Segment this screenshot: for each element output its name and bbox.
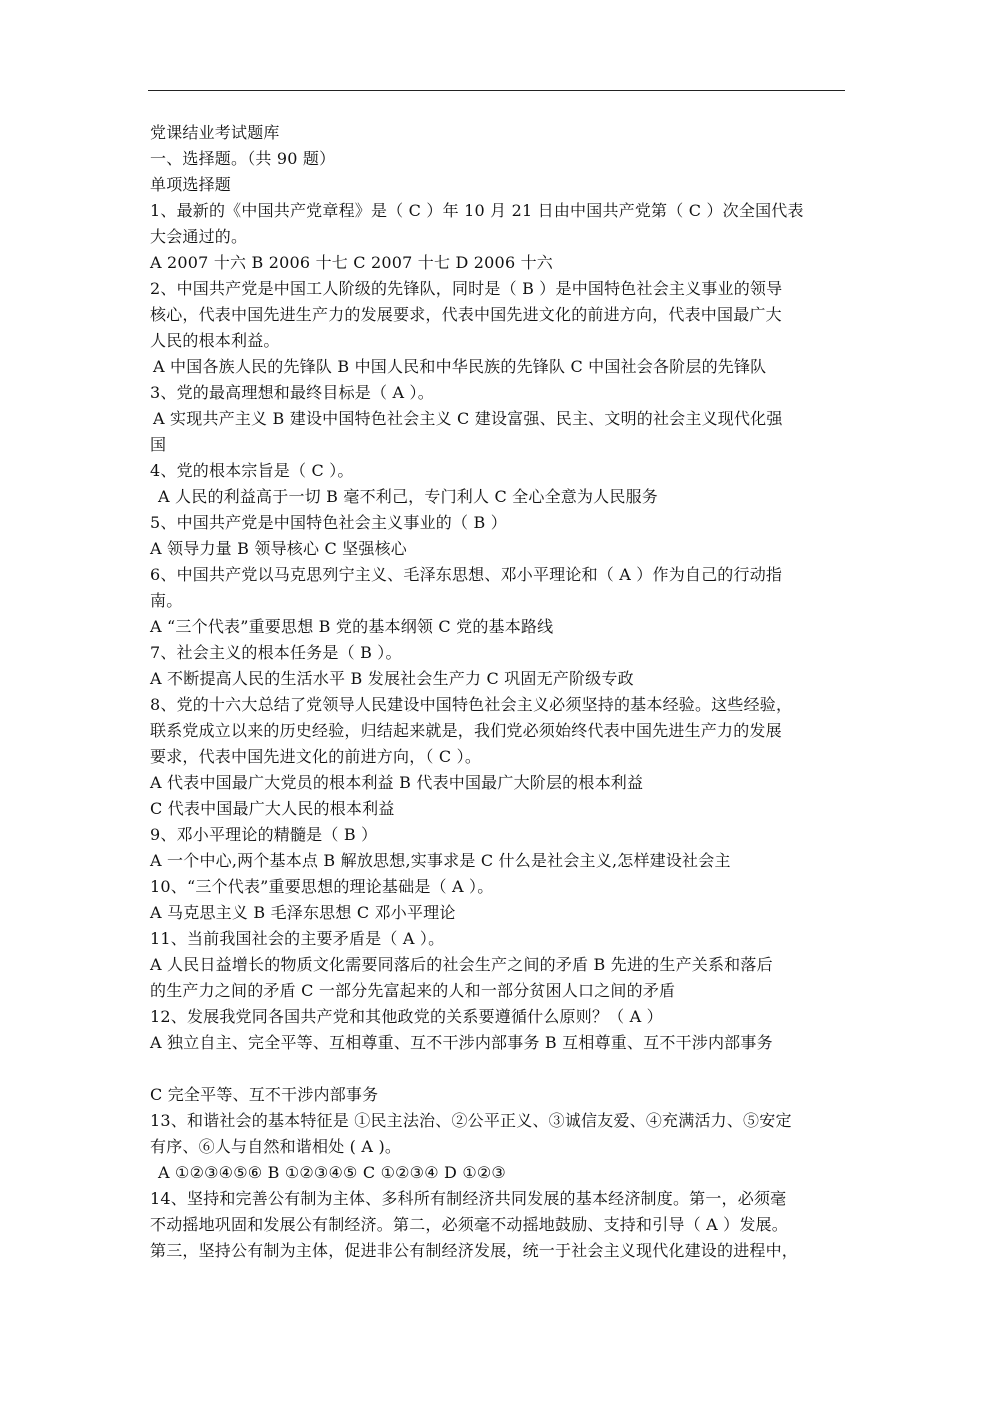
question-3-options: A 实现共产主义 B 建设中国特色社会主义 C 建设富强、民主、文明的社会主义现… (150, 406, 850, 432)
question-4-options: A 人民的利益高于一切 B 毫不利己，专门利人 C 全心全意为人民服务 (150, 484, 850, 510)
question-2-line: 核心，代表中国先进生产力的发展要求，代表中国先进文化的前进方向，代表中国最广大 (150, 302, 850, 328)
question-11-options: A 人民日益增长的物质文化需要同落后的社会生产之间的矛盾 B 先进的生产关系和落… (150, 952, 850, 978)
page-header-rule (148, 90, 845, 91)
blank-line (150, 1056, 850, 1082)
question-6-line: 6、中国共产党以马克思列宁主义、毛泽东思想、邓小平理论和（ A ）作为自己的行动… (150, 562, 850, 588)
question-13-line: 13、和谐社会的基本特征是 ①民主法治、②公平正义、③诚信友爱、④充满活力、⑤安… (150, 1108, 850, 1134)
question-10-options: A 马克思主义 B 毛泽东思想 C 邓小平理论 (150, 900, 850, 926)
question-3-line: 3、党的最高理想和最终目标是（ A ）。 (150, 380, 850, 406)
question-3-options-cont: 国 (150, 432, 850, 458)
question-10-line: 10、“三个代表”重要思想的理论基础是（ A ）。 (150, 874, 850, 900)
section-heading: 一、选择题。（共 90 题） (150, 146, 850, 172)
question-5-line: 5、中国共产党是中国特色社会主义事业的（ B ） (150, 510, 850, 536)
question-6-options: A “三个代表”重要思想 B 党的基本纲领 C 党的基本路线 (150, 614, 850, 640)
question-7-line: 7、社会主义的根本任务是（ B ）。 (150, 640, 850, 666)
question-12-line: 12、发展我党同各国共产党和其他政党的关系要遵循什么原则？（ A ） (150, 1004, 850, 1030)
document-body: 党课结业考试题库 一、选择题。（共 90 题） 单项选择题 1、最新的《中国共产… (150, 120, 850, 1264)
question-12-options: A 独立自主、完全平等、互相尊重、互不干涉内部事务 B 互相尊重、互不干涉内部事… (150, 1030, 850, 1056)
question-9-options: A 一个中心,两个基本点 B 解放思想,实事求是 C 什么是社会主义,怎样建设社… (150, 848, 850, 874)
question-1-line: 1、最新的《中国共产党章程》是（ C ）年 10 月 21 日由中国共产党第（ … (150, 198, 850, 224)
question-14-line: 14、坚持和完善公有制为主体、多科所有制经济共同发展的基本经济制度。第一，必须毫 (150, 1186, 850, 1212)
question-1-options: A 2007 十六 B 2006 十七 C 2007 十七 D 2006 十六 (150, 250, 850, 276)
question-8-options-cont: C 代表中国最广大人民的根本利益 (150, 796, 850, 822)
question-4-line: 4、党的根本宗旨是（ C ）。 (150, 458, 850, 484)
document-title: 党课结业考试题库 (150, 120, 850, 146)
question-2-line: 2、中国共产党是中国工人阶级的先锋队，同时是（ B ）是中国特色社会主义事业的领… (150, 276, 850, 302)
question-9-line: 9、邓小平理论的精髓是（ B ） (150, 822, 850, 848)
question-11-line: 11、当前我国社会的主要矛盾是（ A ）。 (150, 926, 850, 952)
question-7-options: A 不断提高人民的生活水平 B 发展社会生产力 C 巩固无产阶级专政 (150, 666, 850, 692)
question-5-options: A 领导力量 B 领导核心 C 坚强核心 (150, 536, 850, 562)
subsection-heading: 单项选择题 (150, 172, 850, 198)
question-8-line: 8、党的十六大总结了党领导人民建设中国特色社会主义必须坚持的基本经验。这些经验， (150, 692, 850, 718)
question-8-options: A 代表中国最广大党员的根本利益 B 代表中国最广大阶层的根本利益 (150, 770, 850, 796)
question-13-line: 有序、⑥人与自然和谐相处 ( A )。 (150, 1134, 850, 1160)
question-1-line: 大会通过的。 (150, 224, 850, 250)
question-14-line: 不动摇地巩固和发展公有制经济。第二，必须毫不动摇地鼓励、支持和引导（ A ）发展… (150, 1212, 850, 1238)
question-8-line: 要求，代表中国先进文化的前进方向，（ C ）。 (150, 744, 850, 770)
question-13-options: A ①②③④⑤⑥ B ①②③④⑤ C ①②③④ D ①②③ (150, 1160, 850, 1186)
question-2-line: 人民的根本利益。 (150, 328, 850, 354)
question-11-options-cont: 的生产力之间的矛盾 C 一部分先富起来的人和一部分贫困人口之间的矛盾 (150, 978, 850, 1004)
question-6-line: 南。 (150, 588, 850, 614)
question-8-line: 联系党成立以来的历史经验，归结起来就是，我们党必须始终代表中国先进生产力的发展 (150, 718, 850, 744)
question-14-line: 第三，坚持公有制为主体，促进非公有制经济发展，统一于社会主义现代化建设的进程中， (150, 1238, 850, 1264)
question-2-options: A 中国各族人民的先锋队 B 中国人民和中华民族的先锋队 C 中国社会各阶层的先… (150, 354, 850, 380)
question-12-options-cont: C 完全平等、互不干涉内部事务 (150, 1082, 850, 1108)
